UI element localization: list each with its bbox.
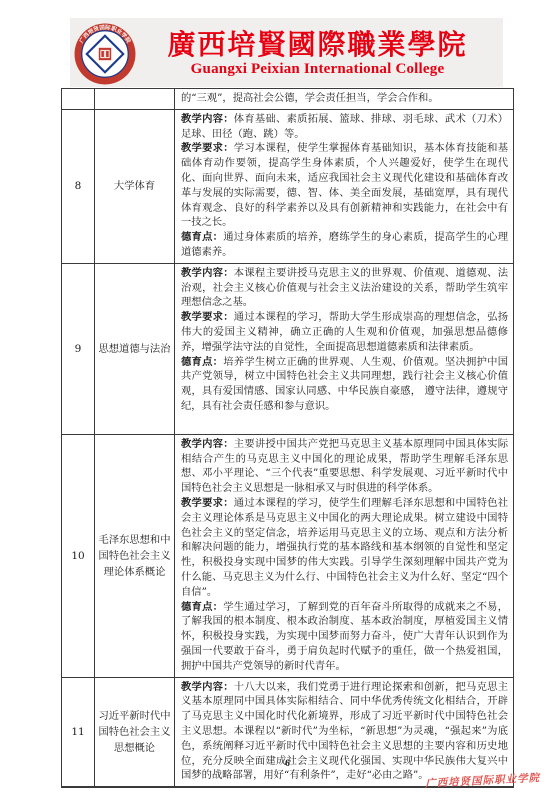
course-name: 大学体育 [95,110,175,263]
course-number: 9 [62,264,95,434]
table-row: 10毛泽东思想和中国特色社会主义理论体系概论教学内容：主要讲授中国共产党把马克思… [62,435,513,678]
college-title-english: Guangxi Peixian International College [136,61,499,78]
course-number: 11 [62,678,95,787]
table-row: 9思想道德与法治教学内容：本课程主要讲授马克思主义的世界观、价值观、道德观、法治… [62,264,513,435]
college-seal-icon: 广西培贤国际职业学院 GUANGXI PEIXIAN INTERNATIONAL… [74,23,136,85]
course-name [95,89,175,109]
college-title-chinese: 廣西培賢國際職業學院 [136,28,499,61]
course-number: 8 [62,110,95,263]
course-description: 教学内容：本课程主要讲授马克思主义的世界观、价值观、道德观、法治观，社会主义核心… [175,264,513,434]
section-label: 德育点： [181,356,223,368]
college-titles: 廣西培賢國際職業學院 Guangxi Peixian International… [136,28,503,78]
section-label: 教学内容： [181,267,234,279]
course-description: 的“三观”，提高社会公德，学会责任担当，学会合作和。 [175,89,513,109]
table-row: 8大学体育教学内容：体育基础、素质拓展、篮球、排球、羽毛球、武术（刀术）足球、田… [62,110,513,264]
section-label: 教学要求： [181,311,234,323]
page-header: 广西培贤国际职业学院 GUANGXI PEIXIAN INTERNATIONAL… [70,18,503,87]
course-name: 习近平新时代中国特色社会主义思想概论 [95,678,175,787]
table-row: 11习近平新时代中国特色社会主义思想概论教学内容：十八大以来，我们党勇于进行理论… [62,678,513,787]
section-label: 德育点： [181,601,223,613]
section-label: 教学要求： [181,142,234,154]
page-number: 6 [61,759,514,769]
course-description: 教学内容：十八大以来，我们党勇于进行理论探索和创新，把马克思主义基本原理同中国具… [175,678,513,787]
course-name: 思想道德与法治 [95,264,175,434]
course-name: 毛泽东思想和中国特色社会主义理论体系概论 [95,435,175,677]
course-description: 教学内容：主要讲授中国共产党把马克思主义基本原理同中国具体实际相结合产生的马克思… [175,435,513,677]
section-label: 教学内容： [181,113,234,125]
course-description: 教学内容：体育基础、素质拓展、篮球、排球、羽毛球、武术（刀术）足球、田径（跑、跳… [175,110,513,263]
section-label: 教学内容： [181,681,234,693]
table-row: 的“三观”，提高社会公德，学会责任担当，学会合作和。 [62,89,513,110]
section-label: 教学内容： [181,438,234,450]
course-number [62,89,95,109]
course-table: 的“三观”，提高社会公德，学会责任担当，学会合作和。8大学体育教学内容：体育基础… [61,88,514,788]
section-label: 教学要求： [181,497,234,509]
course-number: 10 [62,435,95,677]
section-label: 德育点： [181,231,223,243]
